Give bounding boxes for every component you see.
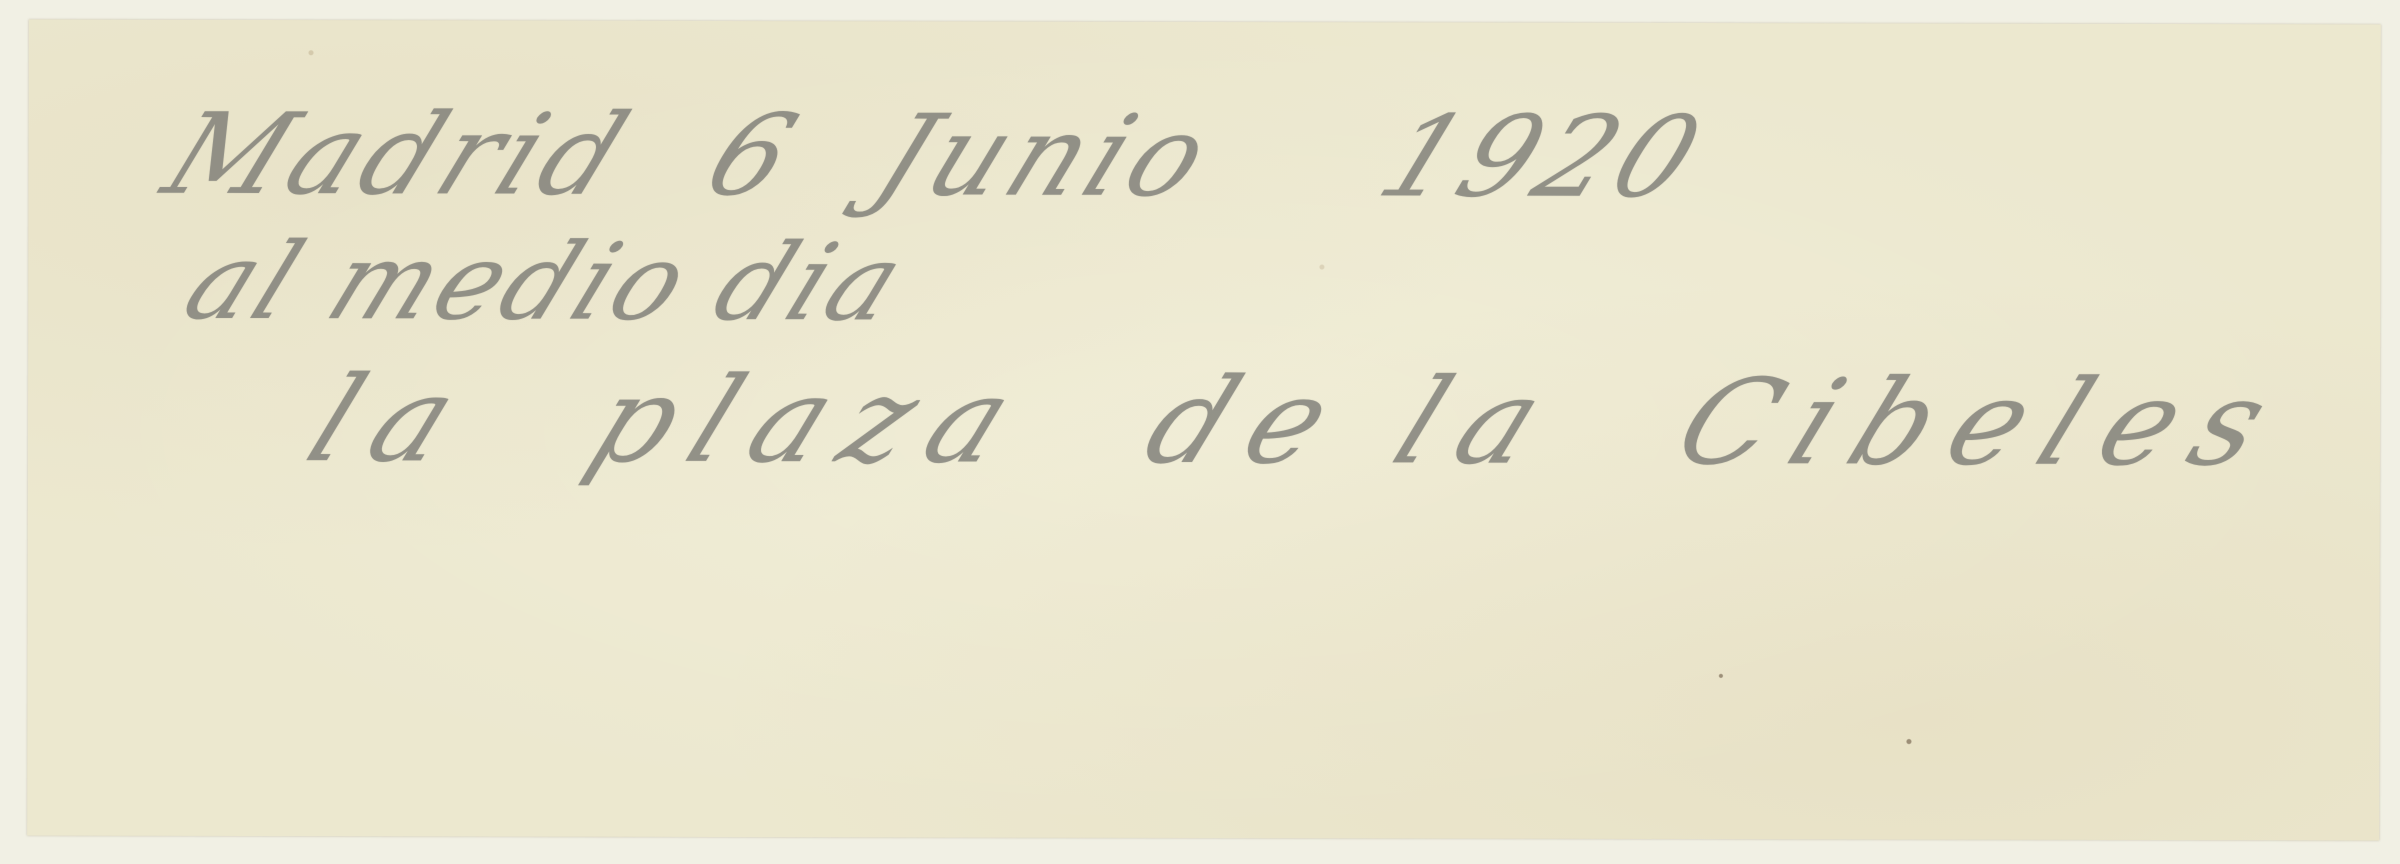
handwritten-line-place: la plaza de la Cibeles: [290, 350, 2379, 492]
word-article: la: [290, 350, 498, 488]
word-de-la: de la: [1127, 352, 1584, 491]
word-city: Madrid: [147, 90, 650, 221]
word-month: Junio: [858, 91, 1233, 222]
word-day: 6: [689, 91, 819, 221]
word-cibeles: Cibeles: [1658, 353, 2310, 492]
word-year: 1920: [1362, 92, 1724, 223]
handwritten-line-date: Madrid 6 Junio 1920: [147, 90, 1774, 223]
handwritten-line-time: al medio dia: [168, 220, 974, 344]
scan-background: Madrid 6 Junio 1920 al medio dia la plaz…: [0, 0, 2400, 864]
word-plaza: plaza: [572, 351, 1054, 490]
phrase-time: al medio dia: [168, 220, 924, 344]
paper-sheet: Madrid 6 Junio 1920 al medio dia la plaz…: [27, 20, 2381, 841]
